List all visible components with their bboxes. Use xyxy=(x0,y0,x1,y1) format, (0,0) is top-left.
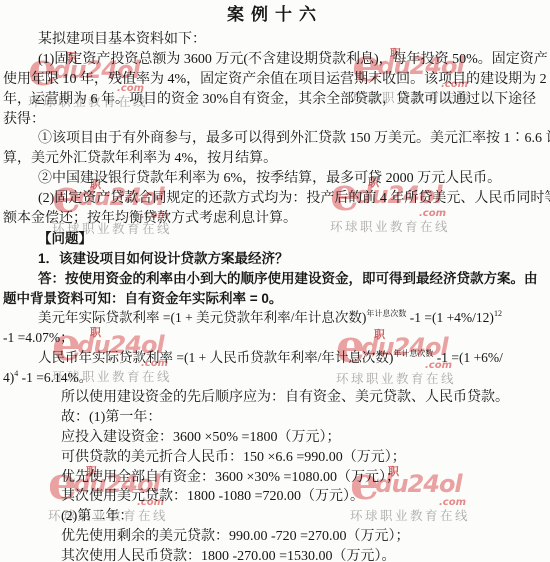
formula-text: -1 =(1 +6%/ xyxy=(433,350,503,365)
formula-rmb-rate: 人民币年实际贷款利率 =(1 + 人民币贷款年利率/年计息次数)年计息次数 -1… xyxy=(3,348,547,368)
formula-text: 4) xyxy=(3,370,14,385)
formula-text: -1 =(1 +4%/12) xyxy=(406,310,494,325)
doc-line: 获得： xyxy=(3,110,547,130)
solution-year1-header: 故：(1)第一年： xyxy=(3,408,547,428)
solution-line: 其次使用人民币贷款：1800 -270.00 =1530.00（万元）。 xyxy=(3,547,547,562)
solution-line: 优先使用全部自有资金：3600 ×30% =1080.00（万元）； xyxy=(3,468,547,488)
solution-line: 应投入建设资金：3600 ×50% =1800（万元）； xyxy=(3,428,547,448)
formula-text: 美元年实际贷款利率 =(1 + 美元贷款年利率/年计息次数) xyxy=(38,310,366,325)
solution-line: 优先使用剩余的美元贷款：990.00 -720 =270.00（万元）； xyxy=(3,527,547,547)
doc-line: 额本金偿还；按年均衡贷款方式考虑利息计算。 xyxy=(3,209,547,229)
answer-intro: 答：按使用资金的利率由小到大的顺序使用建设资金，即可得到最经济贷款方案。由 xyxy=(3,269,547,289)
solution-order-line: 所以使用建设资金的先后顺序应为：自有资金、美元贷款、人民币贷款。 xyxy=(3,388,547,408)
formula-rmb-rate-cont: 4)4 -1 =6.14%。 xyxy=(3,368,547,388)
doc-line-intro: 某拟建项目基本资料如下： xyxy=(3,30,547,50)
formula-text: 人民币年实际贷款利率 =(1 + 人民币贷款年利率/年计息次数) xyxy=(38,350,393,365)
doc-line: 年，运营期为 6 年。项目的资金 30%自有资金，其余全部贷款，贷款可以通过以下… xyxy=(3,90,547,110)
doc-line: 算，美元外汇贷款年利率为 4%，按月结算。 xyxy=(3,149,547,169)
doc-line-circle1: ①该项目由于有外商参与，最多可以得到外汇贷款 150 万美元。美元汇率按 1∶6… xyxy=(3,129,547,149)
solution-line: 其次使用美元贷款：1800 -1080 =720.00（万元）。 xyxy=(3,487,547,507)
doc-line-item1: (1)固定资产投资总额为 3600 万元(不含建设期贷款利息)，每年投资 50%… xyxy=(3,50,547,70)
formula-usd-rate-cont: -1 =4.07%； xyxy=(3,328,547,348)
doc-line: 使用年限 10 年，残值率为 4%，固定资产余值在项目运营期末收回。该项目的建设… xyxy=(3,70,547,90)
document-content: 案例十六 某拟建项目基本资料如下： (1)固定资产投资总额为 3600 万元(不… xyxy=(0,0,550,562)
answer-line: 题中背景资料可知：自有资金年实际利率 = 0。 xyxy=(3,289,547,309)
doc-line-circle2: ②中国建设银行贷款年利率为 6%，按季结算，最多可贷 2000 万元人民币。 xyxy=(3,169,547,189)
section-problem-header: 【问题】 xyxy=(3,229,547,249)
solution-year2-header: (2)第二年： xyxy=(3,507,547,527)
formula-text: -1 =6.14%。 xyxy=(18,370,92,385)
doc-line-item2: (2)固定资产贷款合同规定的还款方式均为：投产后的前 4 年所贷美元、人民币同时… xyxy=(3,189,547,209)
formula-exponent: 年计息次数 xyxy=(366,309,406,318)
solution-line: 可供贷款的美元折合人民币：150 ×6.6 =990.00（万元）； xyxy=(3,448,547,468)
formula-usd-rate: 美元年实际贷款利率 =(1 + 美元贷款年利率/年计息次数)年计息次数 -1 =… xyxy=(3,308,547,328)
page-title: 案例十六 xyxy=(3,4,547,26)
formula-exponent: 12 xyxy=(494,309,502,318)
document-page: 职edu24ol.com 环球职业教育在线 职edu24ol.com 环球职业教… xyxy=(0,0,550,562)
formula-exponent: 年计息次数 xyxy=(393,349,433,358)
question-1: 1．该建设项目如何设计贷款方案最经济？ xyxy=(3,249,547,269)
